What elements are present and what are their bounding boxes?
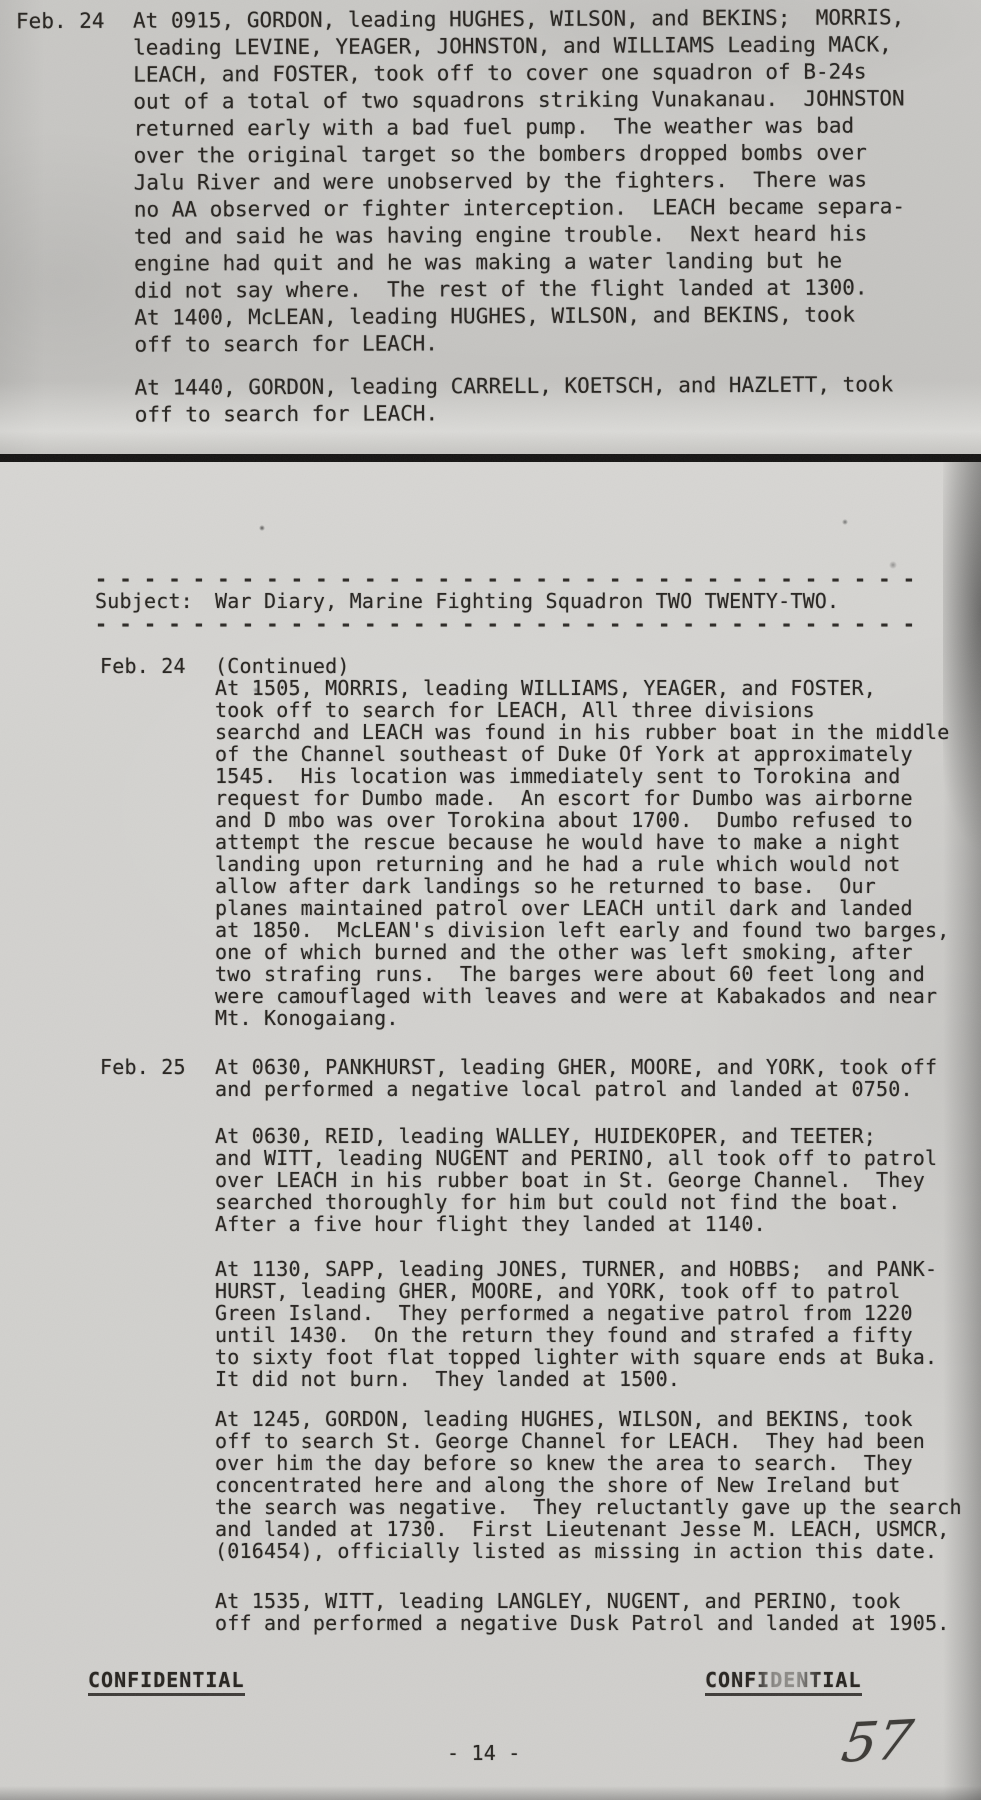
subject-text: War Diary, Marine Fighting Squadron TWO … [215,590,839,612]
handwritten-page-number: 57 [838,1708,917,1775]
classification-stamp-left: CONFIDENTIAL [88,1668,245,1696]
diary-paragraph: At 0915, GORDON, leading HUGHES, WILSON,… [133,4,964,305]
scan-page-top: Feb. 24 At 0915, GORDON, leading HUGHES,… [0,0,981,454]
page1-content: Feb. 24 At 0915, GORDON, leading HUGHES,… [0,0,981,454]
diary-paragraph: At 1535, WITT, leading LANGLEY, NUGENT, … [215,1590,967,1634]
entry-date-feb-24-continued: Feb. 24 [100,655,186,677]
diary-paragraph: At 1505, MORRIS, leading WILLIAMS, YEAGE… [215,677,967,1029]
entry-date-feb-24: Feb. 24 [16,8,105,35]
classification-stamp-right-text: CONFIDENTIAL [705,1668,862,1692]
diary-paragraph: At 1400, McLEAN, leading HUGHES, WILSON,… [134,301,964,359]
subject-label: Subject: [95,590,193,612]
diary-paragraph: At 1245, GORDON, leading HUGHES, WILSON,… [215,1408,967,1562]
entry-date-feb-25: Feb. 25 [100,1056,186,1078]
dashed-rule-top: - - - - - - - - - - - - - - - - - - - - … [95,568,915,590]
scan-page-main: - - - - - - - - - - - - - - - - - - - - … [0,462,981,1800]
diary-paragraph: At 0630, PANKHURST, leading GHER, MOORE,… [215,1056,967,1100]
classification-stamp-right: CONFIDENTIAL [705,1668,862,1696]
dashed-rule-bottom: - - - - - - - - - - - - - - - - - - - - … [95,613,915,635]
page-number: - 14 - [447,1742,520,1764]
diary-paragraph: At 0630, REID, leading WALLEY, HUIDEKOPE… [215,1125,967,1235]
diary-paragraph: At 1130, SAPP, leading JONES, TURNER, an… [215,1258,967,1390]
classification-stamp-left-text: CONFIDENTIAL [88,1668,245,1692]
diary-paragraph: At 1440, GORDON, leading CARRELL, KOETSC… [135,371,965,429]
continued-marker: (Continued) [215,655,350,677]
